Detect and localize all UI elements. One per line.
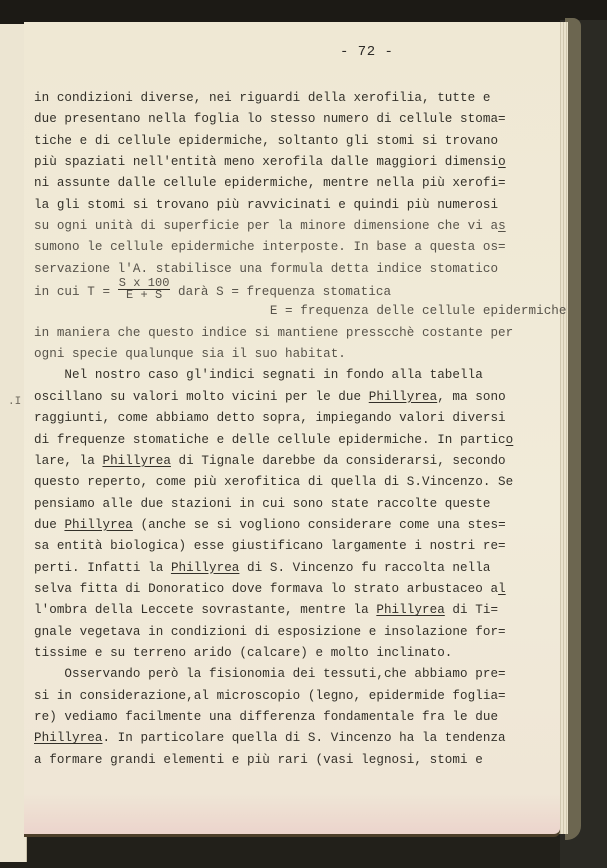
text-line: in maniera che questo indice si mantiene… xyxy=(34,323,554,344)
text-line: gnale vegetava in condizioni di esposizi… xyxy=(34,622,554,643)
text-line: perti. Infatti la Phillyrea di S. Vincen… xyxy=(34,558,554,579)
background-shadow xyxy=(0,0,607,24)
underlined-term: o xyxy=(498,155,506,169)
underlined-term: Phillyrea xyxy=(369,390,437,404)
text-line: in condizioni diverse, nei riguardi dell… xyxy=(34,88,554,109)
underlined-term: Phillyrea xyxy=(34,731,102,745)
left-page-edge xyxy=(0,24,27,862)
text-line: la gli stomi si trovano più ravvicinati … xyxy=(34,195,554,216)
text-line: Phillyrea. In particolare quella di S. V… xyxy=(34,728,554,749)
text-line: due Phillyrea (anche se si vogliono cons… xyxy=(34,515,554,536)
text-line: questo reperto, come più xerofitica di q… xyxy=(34,472,554,493)
underlined-term: o xyxy=(506,433,514,447)
text-line: pensiamo alle due stazioni in cui sono s… xyxy=(34,494,554,515)
text-line: di frequenze stomatiche e delle cellule … xyxy=(34,430,554,451)
text-line: si in considerazione,al microscopio (leg… xyxy=(34,686,554,707)
underlined-term: Phillyrea xyxy=(64,518,132,532)
text-line: a formare grandi elementi e più rari (va… xyxy=(34,750,554,771)
typewritten-body: in condizioni diverse, nei riguardi dell… xyxy=(34,88,554,771)
document-page: - 72 - in condizioni diverse, nei riguar… xyxy=(24,22,560,834)
text-line: più spaziati nell'entità meno xerofila d… xyxy=(34,152,554,173)
underlined-term: s xyxy=(498,219,506,233)
text-line: l'ombra della Leccete sovrastante, mentr… xyxy=(34,600,554,621)
stomatal-index-fraction: S x 100E + S xyxy=(118,278,171,301)
text-line: tiche e di cellule epidermiche, soltanto… xyxy=(34,131,554,152)
text-line: in cui T = S x 100E + S darà S = frequen… xyxy=(34,280,554,301)
text-line: lare, la Phillyrea di Tignale darebbe da… xyxy=(34,451,554,472)
text-line: oscillano su valori molto vicini per le … xyxy=(34,387,554,408)
text-line: due presentano nella foglia lo stesso nu… xyxy=(34,109,554,130)
text-line: ogni specie qualunque sia il suo habitat… xyxy=(34,344,554,365)
text-line: su ogni unità di superficie per la minor… xyxy=(34,216,554,237)
text-line: selva fitta di Donoratico dove formava l… xyxy=(34,579,554,600)
text-line: E = frequenza delle cellule epidermiche xyxy=(34,301,554,322)
text-line: Osservando però la fisionomia dei tessut… xyxy=(34,664,554,685)
text-line: sumono le cellule epidermiche interposte… xyxy=(34,237,554,258)
text-line: Nel nostro caso gl'indici segnati in fon… xyxy=(34,365,554,386)
text-line: ni assunte dalle cellule epidermiche, me… xyxy=(34,173,554,194)
text-line: sa entità biologica) esse giustificano l… xyxy=(34,536,554,557)
page-number: - 72 - xyxy=(340,44,393,60)
underlined-term: Phillyrea xyxy=(102,454,170,468)
underlined-term: l xyxy=(498,582,506,596)
underlined-term: Phillyrea xyxy=(376,603,444,617)
text-line: raggiunti, come abbiamo detto sopra, imp… xyxy=(34,408,554,429)
text-line: servazione l'A. stabilisce una formula d… xyxy=(34,259,554,280)
margin-mark: .I xyxy=(8,396,21,408)
text-line: tissime e su terreno arido (calcare) e m… xyxy=(34,643,554,664)
text-line: re) vediamo facilmente una differenza fo… xyxy=(34,707,554,728)
underlined-term: Phillyrea xyxy=(171,561,239,575)
